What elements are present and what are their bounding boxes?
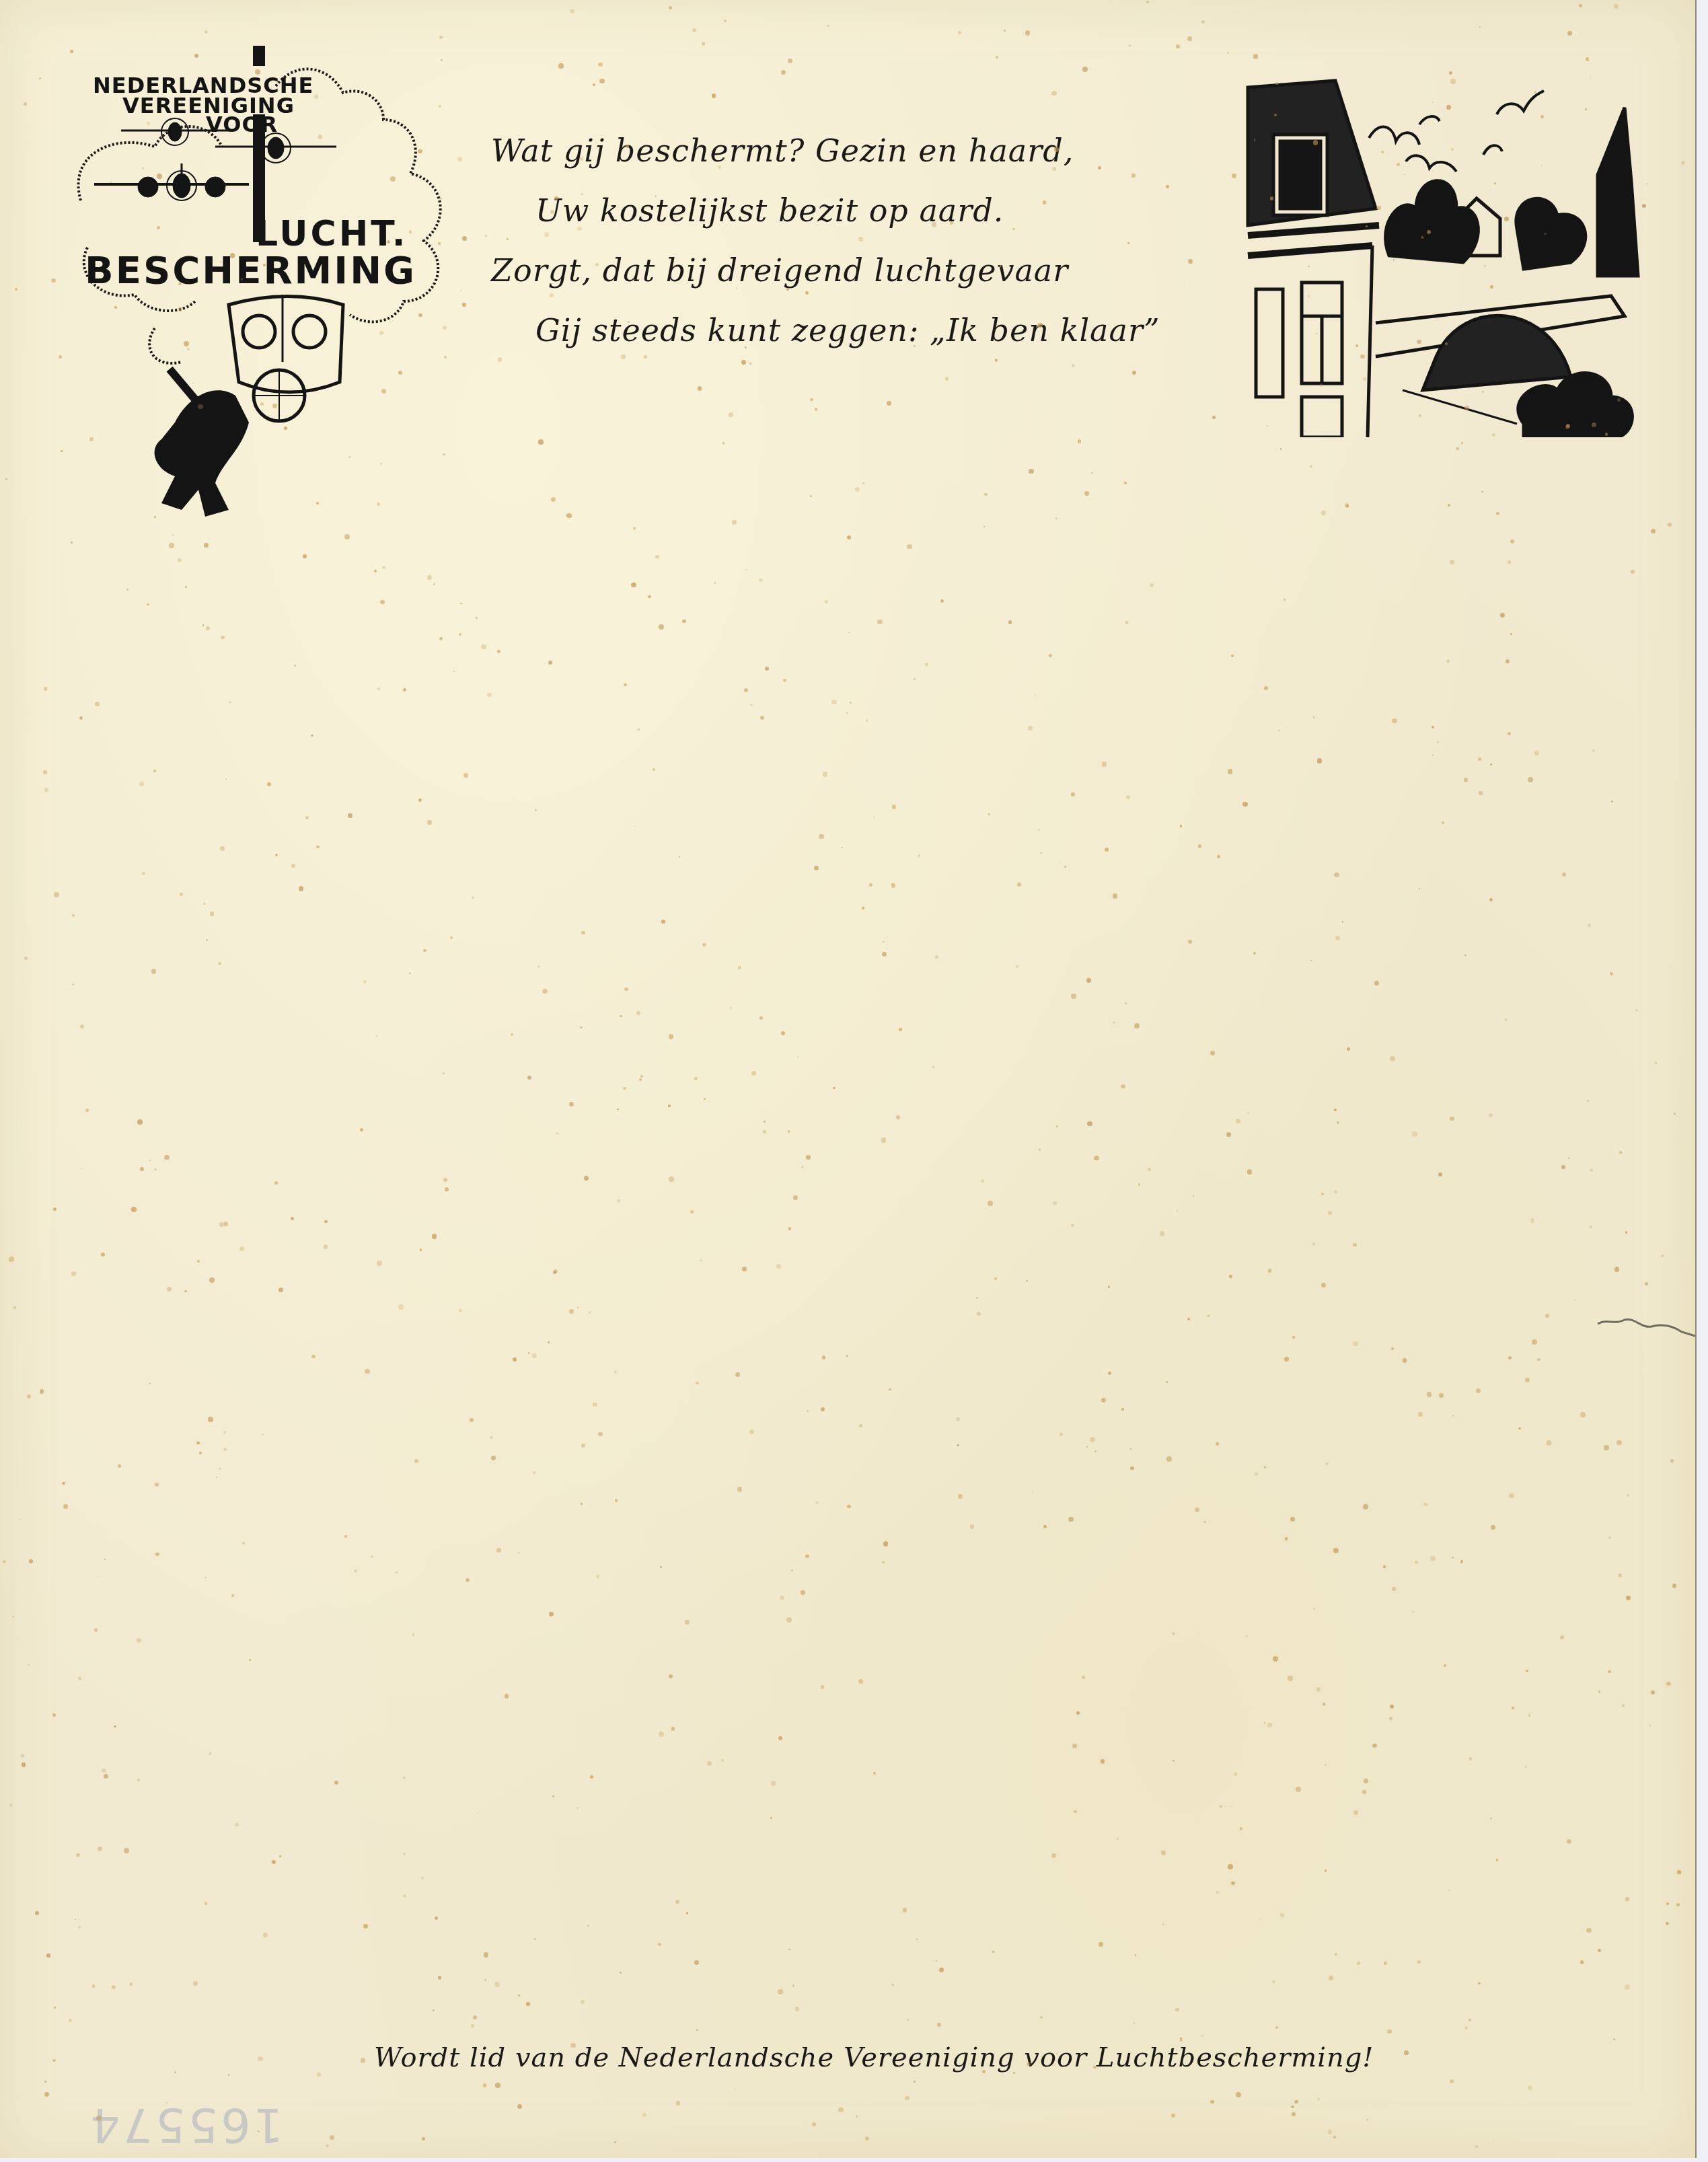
foxing-speck: [1587, 1100, 1589, 1102]
foxing-speck: [1415, 1561, 1418, 1564]
foxing-speck: [43, 770, 47, 774]
foxing-speck: [566, 513, 571, 518]
foxing-speck: [140, 1167, 144, 1171]
foxing-speck: [877, 620, 882, 624]
foxing-speck: [438, 1976, 442, 1980]
foxing-speck: [1055, 517, 1057, 519]
foxing-speck: [396, 1571, 398, 1573]
foxing-speck: [1188, 940, 1192, 944]
foxing-speck: [548, 1341, 549, 1343]
foxing-speck: [1094, 1450, 1097, 1452]
foxing-speck: [1403, 1358, 1407, 1363]
foxing-speck: [655, 555, 659, 559]
foxing-speck: [1392, 1587, 1396, 1591]
foxing-speck: [72, 983, 74, 985]
foxing-speck: [294, 665, 296, 667]
foxing-speck: [996, 56, 999, 59]
foxing-speck: [147, 603, 149, 605]
foxing-speck: [827, 25, 829, 26]
foxing-speck: [1320, 383, 1323, 386]
foxing-speck: [360, 1128, 363, 1131]
letterhead-paper: NEDERLANDSCHE VEREENIGING VOOR LUCHT. BE…: [0, 0, 1697, 2158]
foxing-speck: [1681, 161, 1685, 165]
foxing-speck: [1579, 4, 1582, 7]
foxing-speck: [781, 70, 786, 75]
foxing-speck: [750, 704, 753, 706]
foxing-speck: [1072, 1744, 1077, 1748]
foxing-speck: [988, 1201, 993, 1206]
foxing-speck: [98, 1575, 99, 1577]
foxing-speck: [71, 542, 73, 544]
foxing-speck: [1294, 2100, 1298, 2103]
foxing-speck: [856, 2116, 858, 2118]
foxing-speck: [1366, 225, 1368, 227]
foxing-speck: [1450, 79, 1456, 84]
foxing-speck: [1509, 1493, 1514, 1499]
foxing-speck: [1187, 1318, 1191, 1321]
foxing-speck: [124, 1848, 129, 1853]
foxing-speck: [1545, 1314, 1549, 1318]
foxing-speck: [1125, 1002, 1127, 1004]
foxing-speck: [1525, 1378, 1530, 1382]
poem-line: Gij steeds kunt zeggen: „Ik ben klaar”: [491, 301, 1160, 361]
foxing-speck: [538, 439, 544, 445]
foxing-speck: [1622, 1704, 1625, 1707]
foxing-speck: [791, 1569, 793, 1571]
foxing-speck: [669, 6, 672, 9]
foxing-speck: [1389, 1717, 1393, 1720]
foxing-speck: [209, 1277, 215, 1283]
foxing-speck: [696, 2029, 698, 2031]
foxing-speck: [1421, 236, 1424, 239]
foxing-speck: [1528, 2085, 1532, 2090]
foxing-speck: [209, 1752, 212, 1755]
foxing-speck: [640, 1075, 643, 1078]
foxing-speck: [1130, 1466, 1134, 1470]
foxing-speck: [439, 105, 441, 108]
foxing-speck: [1071, 1224, 1074, 1227]
foxing-speck: [1419, 888, 1420, 889]
foxing-speck: [263, 1933, 268, 1937]
foxing-speck: [377, 687, 380, 690]
foxing-speck: [137, 1119, 142, 1124]
foxing-speck: [21, 1754, 25, 1758]
foxing-speck: [1651, 529, 1656, 533]
foxing-speck: [552, 1795, 554, 1797]
foxing-speck: [1171, 2114, 1175, 2118]
foxing-speck: [1051, 91, 1056, 96]
foxing-speck: [1493, 2140, 1494, 2141]
foxing-speck: [98, 1847, 102, 1851]
foxing-speck: [1280, 1913, 1284, 1917]
foxing-speck: [786, 288, 789, 291]
foxing-speck: [1317, 758, 1323, 763]
foxing-speck: [669, 1674, 673, 1678]
foxing-speck: [1432, 726, 1434, 729]
foxing-speck: [1086, 978, 1091, 983]
foxing-speck: [1056, 1125, 1058, 1127]
foxing-speck: [78, 1676, 82, 1680]
foxing-speck: [873, 817, 875, 818]
foxing-speck: [390, 176, 396, 182]
foxing-speck: [326, 2145, 329, 2148]
foxing-speck: [1188, 259, 1193, 264]
foxing-speck: [983, 526, 985, 527]
foxing-speck: [1264, 686, 1268, 690]
foxing-speck: [1121, 1408, 1123, 1410]
foxing-speck: [1452, 1415, 1454, 1417]
foxing-speck: [291, 1217, 294, 1220]
foxing-speck: [439, 637, 443, 640]
foxing-speck: [1053, 1201, 1057, 1205]
foxing-speck: [439, 36, 443, 39]
foxing-speck: [59, 355, 62, 359]
foxing-speck: [62, 1482, 65, 1485]
foxing-speck: [1049, 654, 1052, 657]
foxing-speck: [648, 595, 651, 598]
foxing-speck: [1469, 1757, 1473, 1760]
foxing-speck: [783, 679, 787, 683]
foxing-speck: [24, 957, 28, 960]
foxing-speck: [104, 1774, 108, 1779]
foxing-speck: [1043, 1525, 1047, 1528]
foxing-speck: [825, 600, 827, 603]
foxing-speck: [1412, 1611, 1414, 1613]
foxing-speck: [1201, 2035, 1203, 2036]
foxing-speck: [581, 1444, 585, 1448]
foxing-speck: [435, 1916, 438, 1920]
foxing-speck: [1645, 1282, 1648, 1285]
foxing-speck: [44, 2081, 46, 2083]
foxing-speck: [1216, 1442, 1219, 1446]
foxing-speck: [1296, 1787, 1300, 1791]
foxing-speck: [463, 773, 468, 778]
foxing-speck: [1161, 1851, 1166, 1855]
foxing-speck: [19, 1519, 20, 1520]
foxing-speck: [1217, 855, 1220, 858]
foxing-speck: [1450, 2079, 1453, 2083]
foxing-speck: [1260, 1919, 1261, 1921]
foxing-speck: [1353, 1810, 1358, 1815]
foxing-speck: [178, 283, 182, 286]
foxing-speck: [925, 663, 928, 666]
foxing-speck: [153, 770, 156, 772]
foxing-speck: [932, 222, 937, 227]
foxing-speck: [1586, 1928, 1592, 1933]
foxing-speck: [1500, 613, 1505, 618]
foxing-speck: [496, 1548, 501, 1553]
foxing-speck: [1444, 1664, 1446, 1667]
foxing-speck: [668, 1105, 671, 1107]
foxing-speck: [653, 768, 655, 771]
foxing-speck: [797, 1056, 799, 1057]
foxing-speck: [1333, 1548, 1339, 1553]
poem-line: Zorgt, dat bij dreigend luchtgevaar: [491, 241, 1160, 301]
foxing-speck: [363, 980, 367, 983]
foxing-speck: [1590, 1226, 1592, 1228]
foxing-speck: [1490, 285, 1493, 289]
foxing-speck: [1481, 491, 1483, 492]
foxing-speck: [311, 1355, 315, 1359]
foxing-speck: [262, 1433, 264, 1436]
foxing-speck: [958, 1494, 963, 1499]
foxing-speck: [1518, 1427, 1521, 1430]
foxing-speck: [1490, 1818, 1492, 1820]
foxing-speck: [1082, 1676, 1085, 1679]
foxing-speck: [735, 1372, 740, 1377]
foxing-speck: [1226, 1132, 1231, 1137]
foxing-speck: [180, 893, 182, 895]
foxing-speck: [348, 813, 352, 817]
foxing-speck: [1588, 924, 1591, 927]
foxing-speck: [199, 1452, 202, 1454]
foxing-speck: [751, 1071, 756, 1076]
foxing-speck: [1138, 1183, 1141, 1186]
foxing-speck: [44, 2092, 49, 2097]
foxing-speck: [35, 1911, 39, 1915]
foxing-speck: [1180, 825, 1182, 827]
foxing-speck: [634, 825, 635, 827]
foxing-speck: [94, 1628, 98, 1632]
foxing-speck: [805, 1555, 809, 1559]
foxing-speck: [418, 313, 422, 317]
foxing-speck: [676, 2101, 680, 2105]
house-garden-illustration: [1234, 74, 1645, 437]
foxing-speck: [721, 1759, 725, 1762]
foxing-speck: [1210, 2100, 1214, 2104]
foxing-speck: [1316, 1687, 1321, 1691]
foxing-speck: [549, 1612, 554, 1616]
foxing-speck: [682, 620, 685, 623]
foxing-speck: [382, 566, 385, 569]
foxing-speck: [1337, 1121, 1339, 1124]
foxing-speck: [1418, 1412, 1423, 1417]
foxing-speck: [914, 345, 916, 347]
foxing-speck: [518, 1995, 519, 1996]
foxing-speck: [403, 1894, 406, 1898]
foxing-speck: [1323, 1703, 1325, 1705]
foxing-speck: [801, 1590, 805, 1594]
foxing-speck: [1460, 1560, 1463, 1563]
foxing-speck: [112, 1985, 116, 1989]
foxing-speck: [1366, 2119, 1368, 2121]
foxing-speck: [1177, 1210, 1178, 1212]
foxing-speck: [44, 788, 48, 792]
foxing-speck: [1246, 1635, 1248, 1637]
foxing-speck: [994, 1277, 997, 1280]
foxing-speck: [29, 1559, 33, 1563]
foxing-speck: [376, 1035, 377, 1037]
foxing-speck: [580, 157, 583, 160]
foxing-speck: [12, 1616, 14, 1618]
foxing-speck: [1072, 364, 1075, 367]
foxing-speck: [1376, 206, 1380, 210]
foxing-speck: [54, 2007, 56, 2009]
foxing-speck: [1642, 204, 1646, 208]
foxing-speck: [865, 2136, 869, 2140]
foxing-speck: [614, 1370, 617, 1373]
foxing-speck: [1666, 1902, 1668, 1904]
foxing-speck: [1247, 1112, 1249, 1114]
foxing-speck: [793, 1195, 798, 1200]
foxing-speck: [443, 453, 445, 456]
foxing-speck: [157, 174, 162, 179]
foxing-speck: [460, 603, 461, 604]
foxing-speck: [27, 1394, 31, 1399]
foxing-speck: [258, 2056, 263, 2062]
foxing-speck: [3, 1560, 6, 1563]
foxing-speck: [1448, 504, 1450, 507]
foxing-speck: [130, 1982, 133, 1986]
foxing-speck: [778, 1989, 783, 1995]
foxing-speck: [1383, 1565, 1386, 1568]
foxing-speck: [786, 1617, 792, 1623]
foxing-speck: [1094, 1156, 1099, 1161]
foxing-speck: [1547, 1440, 1551, 1445]
foxing-speck: [1655, 1062, 1657, 1064]
foxing-speck: [95, 702, 100, 706]
foxing-speck: [745, 569, 747, 571]
foxing-speck: [418, 149, 422, 153]
foxing-speck: [1184, 284, 1185, 285]
foxing-speck: [812, 2122, 816, 2126]
foxing-speck: [174, 2071, 177, 2074]
foxing-speck: [450, 936, 453, 939]
foxing-speck: [1099, 1942, 1103, 1947]
foxing-speck: [763, 1130, 766, 1133]
foxing-speck: [1614, 4, 1619, 9]
foxing-speck: [1076, 1711, 1079, 1714]
foxing-speck: [1039, 1148, 1041, 1151]
foxing-speck: [218, 962, 221, 965]
foxing-speck: [593, 83, 596, 87]
foxing-speck: [1101, 1759, 1105, 1763]
foxing-speck: [1267, 425, 1268, 426]
foxing-speck: [457, 157, 462, 161]
foxing-speck: [1475, 2145, 1478, 2148]
foxing-speck: [1310, 465, 1312, 468]
foxing-speck: [556, 1133, 558, 1134]
foxing-speck: [118, 1464, 121, 1468]
foxing-speck: [9, 1803, 13, 1807]
foxing-speck: [1150, 583, 1154, 587]
foxing-speck: [104, 1559, 106, 1560]
foxing-speck: [344, 534, 350, 539]
foxing-speck: [460, 290, 461, 291]
foxing-speck: [1290, 1517, 1295, 1522]
foxing-speck: [1666, 1922, 1669, 1925]
foxing-speck: [466, 1578, 470, 1582]
foxing-speck: [85, 1109, 89, 1112]
foxing-speck: [669, 1034, 673, 1039]
foxing-speck: [669, 1177, 674, 1182]
foxing-speck: [1625, 1897, 1629, 1900]
foxing-speck: [686, 1912, 689, 1914]
foxing-speck: [1510, 539, 1514, 544]
foxing-speck: [1166, 185, 1169, 188]
foxing-speck: [1534, 751, 1539, 755]
foxing-speck: [433, 583, 435, 585]
foxing-speck: [1035, 694, 1036, 696]
foxing-speck: [78, 1926, 81, 1929]
foxing-speck: [185, 586, 187, 588]
foxing-speck: [988, 813, 990, 815]
foxing-speck: [1267, 1723, 1272, 1727]
foxing-speck: [584, 1176, 589, 1181]
foxing-speck: [1131, 174, 1136, 178]
foxing-speck: [1326, 1462, 1329, 1465]
foxing-speck: [528, 1352, 530, 1354]
foxing-speck: [1229, 1275, 1232, 1278]
foxing-speck: [1032, 1491, 1034, 1493]
foxing-speck: [471, 2024, 474, 2027]
foxing-speck: [633, 527, 636, 529]
foxing-speck: [1134, 2022, 1136, 2024]
foxing-speck: [1029, 469, 1033, 474]
foxing-speck: [1334, 1190, 1337, 1193]
foxing-speck: [1242, 802, 1248, 807]
foxing-speck: [155, 1553, 159, 1557]
foxing-speck: [1228, 1864, 1233, 1869]
foxing-speck: [570, 9, 574, 13]
foxing-speck: [1626, 1596, 1631, 1600]
foxing-speck: [1064, 866, 1066, 868]
foxing-speck: [198, 404, 202, 409]
foxing-speck: [316, 502, 319, 505]
foxing-speck: [1124, 482, 1127, 484]
foxing-speck: [655, 195, 657, 197]
foxing-speck: [661, 920, 665, 924]
foxing-speck: [883, 1541, 889, 1546]
foxing-speck: [1360, 355, 1365, 359]
foxing-speck: [700, 1259, 702, 1262]
foxing-speck: [363, 1924, 368, 1929]
foxing-speck: [1353, 1243, 1357, 1247]
foxing-speck: [239, 1246, 244, 1251]
foxing-speck: [1635, 1009, 1638, 1012]
foxing-speck: [527, 1076, 532, 1080]
foxing-speck: [1592, 749, 1595, 752]
foxing-speck: [1321, 1283, 1326, 1288]
foxing-speck: [1000, 265, 1002, 267]
foxing-speck: [916, 1939, 918, 1941]
foxing-speck: [443, 326, 447, 330]
foxing-speck: [481, 644, 486, 650]
foxing-speck: [1567, 1839, 1571, 1844]
foxing-speck: [1476, 1388, 1481, 1393]
foxing-speck: [1135, 1954, 1137, 1956]
foxing-speck: [272, 404, 277, 408]
foxing-speck: [361, 2058, 365, 2062]
foxing-speck: [305, 816, 309, 819]
foxing-speck: [1505, 1018, 1508, 1021]
foxing-speck: [197, 1260, 200, 1263]
foxing-speck: [1496, 512, 1499, 515]
foxing-speck: [71, 1271, 76, 1276]
foxing-speck: [1325, 1764, 1327, 1766]
foxing-speck: [204, 543, 209, 548]
foxing-speck: [692, 28, 696, 32]
foxing-speck: [142, 872, 145, 875]
foxing-speck: [1121, 1084, 1125, 1088]
foxing-speck: [1026, 1280, 1027, 1281]
house-scene-icon: [1234, 74, 1645, 437]
foxing-speck: [1288, 1676, 1293, 1681]
foxing-speck: [639, 1078, 642, 1081]
foxing-speck: [707, 1761, 712, 1766]
foxing-speck: [54, 892, 59, 897]
foxing-speck: [409, 230, 412, 233]
